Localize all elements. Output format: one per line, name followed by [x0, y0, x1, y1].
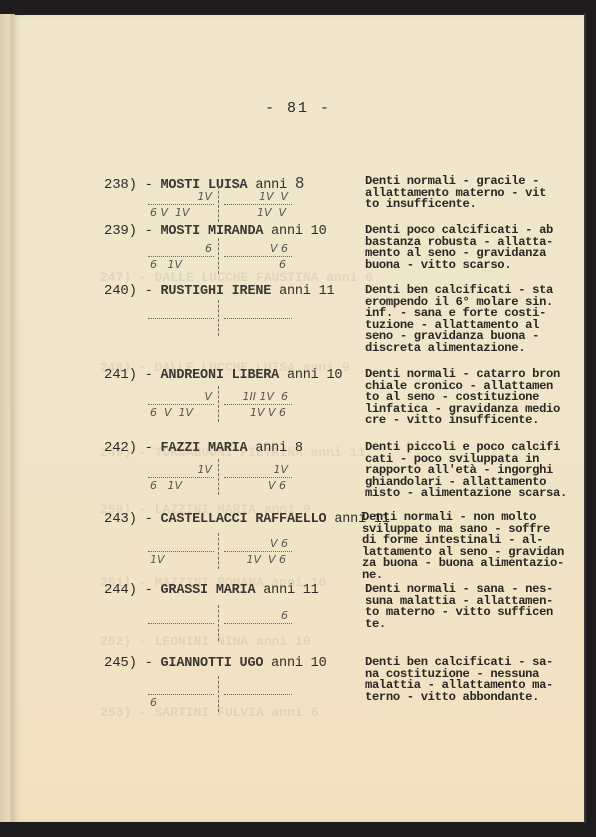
- entry-description: Denti ben calcificati - sa- na costituzi…: [365, 657, 580, 703]
- chart-axis-left: [148, 256, 214, 257]
- chart-axis-left: [148, 694, 214, 695]
- entry-heading: 240) - RUSTIGHI IRENE anni 11: [104, 283, 334, 299]
- entry-description: Denti normali - catarro bron chiale cron…: [365, 369, 580, 427]
- patient-name: ANDREONI LIBERA: [161, 368, 280, 383]
- chart-axis-right: [224, 623, 292, 624]
- patient-name: GRASSI MARIA: [161, 583, 256, 598]
- tooth-mark-lower-left: 6 1V: [150, 479, 182, 492]
- patient-name: GIANNOTTI UGO: [161, 656, 264, 671]
- chart-axis-left: [148, 404, 214, 405]
- tooth-mark-upper-left: V: [204, 390, 212, 403]
- chart-midline: [218, 238, 219, 274]
- patient-name: CASTELLACCI RAFFAELLO: [161, 512, 327, 527]
- chart-axis-left: [148, 551, 214, 552]
- tooth-mark-lower-left: 6 V 1V: [150, 406, 193, 419]
- page-number: - 81 -: [0, 100, 596, 117]
- patient-name: FAZZI MARIA: [161, 441, 248, 456]
- patient-age: 11: [303, 583, 319, 598]
- age-label: anni: [263, 583, 295, 598]
- chart-midline: [218, 533, 219, 569]
- entry-heading: 245) - GIANNOTTI UGO anni 10: [104, 655, 326, 671]
- entry-number: 240): [104, 283, 137, 299]
- dental-chart: 1V6 1V1VV 6: [148, 457, 292, 497]
- chart-axis-right: [224, 477, 292, 478]
- entry-description: Denti piccoli e poco calcifi cati - poco…: [365, 442, 580, 500]
- chart-axis-right: [224, 256, 292, 257]
- chart-axis-right: [224, 204, 292, 205]
- tooth-mark-lower-left: 6 1V: [150, 258, 182, 271]
- dental-chart: 6: [148, 603, 292, 643]
- tooth-mark-upper-right: 1V V: [259, 190, 288, 203]
- entry-heading: 244) - GRASSI MARIA anni 11: [104, 582, 319, 598]
- patient-age: 8: [295, 441, 303, 456]
- patient-age: 10: [326, 368, 342, 383]
- chart-midline: [218, 459, 219, 495]
- age-label: anni: [287, 368, 319, 383]
- entry-description: Denti ben calcificati - sta erompendo il…: [365, 285, 580, 354]
- dental-chart: 1V6 V 1V1V V1V V: [148, 184, 292, 224]
- tooth-mark-lower-right: V 6: [268, 479, 286, 492]
- entry-number: 242): [104, 440, 137, 456]
- dental-chart: 1VV 61V V 6: [148, 531, 292, 571]
- chart-axis-right: [224, 551, 292, 552]
- tooth-mark-upper-right: V 6: [270, 242, 288, 255]
- entry-heading: 241) - ANDREONI LIBERA anni 10: [104, 367, 342, 383]
- entry-number: 239): [104, 223, 137, 239]
- entry-description: Denti normali - sana - nes- suna malatti…: [365, 584, 580, 630]
- chart-midline: [218, 386, 219, 422]
- tooth-mark-lower-left: 1V: [150, 553, 165, 566]
- tooth-mark-upper-right: 6: [281, 609, 288, 622]
- patient-age: 10: [311, 656, 327, 671]
- tooth-mark-lower-right: 1V V 6: [246, 553, 286, 566]
- entry-description: Denti normali - gracile - allattamento m…: [365, 176, 580, 211]
- chart-midline: [218, 676, 219, 712]
- entry-number: 238): [104, 177, 137, 193]
- chart-midline: [218, 300, 219, 336]
- tooth-mark-upper-right: 1V: [273, 463, 288, 476]
- patient-age: 11: [319, 284, 335, 299]
- chart-midline: [218, 605, 219, 641]
- patient-age: 10: [311, 224, 327, 239]
- patient-name: RUSTIGHI IRENE: [161, 284, 272, 299]
- entry-heading: 243) - CASTELLACCI RAFFAELLO anni 11: [104, 511, 390, 527]
- chart-midline: [218, 186, 219, 222]
- chart-axis-left: [148, 204, 214, 205]
- dental-chart: 66 1VV 66: [148, 236, 292, 276]
- tooth-mark-upper-left: 1V: [197, 463, 212, 476]
- tooth-mark-lower-right: 1V V 6: [250, 406, 286, 419]
- page-binding-edge: [584, 13, 586, 823]
- chart-axis-right: [224, 404, 292, 405]
- age-label: anni: [271, 656, 303, 671]
- chart-axis-right: [224, 318, 292, 319]
- dental-chart: 6: [148, 674, 292, 714]
- entry-heading: 242) - FAZZI MARIA anni 8: [104, 440, 303, 456]
- tooth-mark-lower-left: 6 V 1V: [150, 206, 190, 219]
- patient-age: 8: [295, 174, 304, 192]
- tooth-mark-upper-right: V 6: [270, 537, 288, 550]
- entry-description: Denti poco calcificati - ab bastanza rob…: [365, 225, 580, 271]
- chart-axis-left: [148, 477, 214, 478]
- tooth-mark-upper-left: 6: [205, 242, 212, 255]
- tooth-mark-lower-right: 1V V: [257, 206, 286, 219]
- tooth-mark-upper-right: 1II 1V 6: [243, 390, 289, 403]
- chart-axis-left: [148, 318, 214, 319]
- tooth-mark-lower-left: 6: [150, 696, 157, 709]
- entry-number: 243): [104, 511, 137, 527]
- entry-number: 241): [104, 367, 137, 383]
- entry-number: 245): [104, 655, 137, 671]
- chart-axis-left: [148, 623, 214, 624]
- tooth-mark-upper-left: 1V: [197, 190, 212, 203]
- entry-number: 244): [104, 582, 137, 598]
- entry-description: Denti normali - non molto sviluppato ma …: [362, 512, 577, 581]
- dental-chart: [148, 298, 292, 338]
- tooth-mark-lower-right: 6: [279, 258, 286, 271]
- chart-axis-right: [224, 694, 292, 695]
- age-label: anni: [255, 441, 287, 456]
- age-label: anni: [279, 284, 311, 299]
- dental-chart: V6 V 1V1II 1V 61V V 6: [148, 384, 292, 424]
